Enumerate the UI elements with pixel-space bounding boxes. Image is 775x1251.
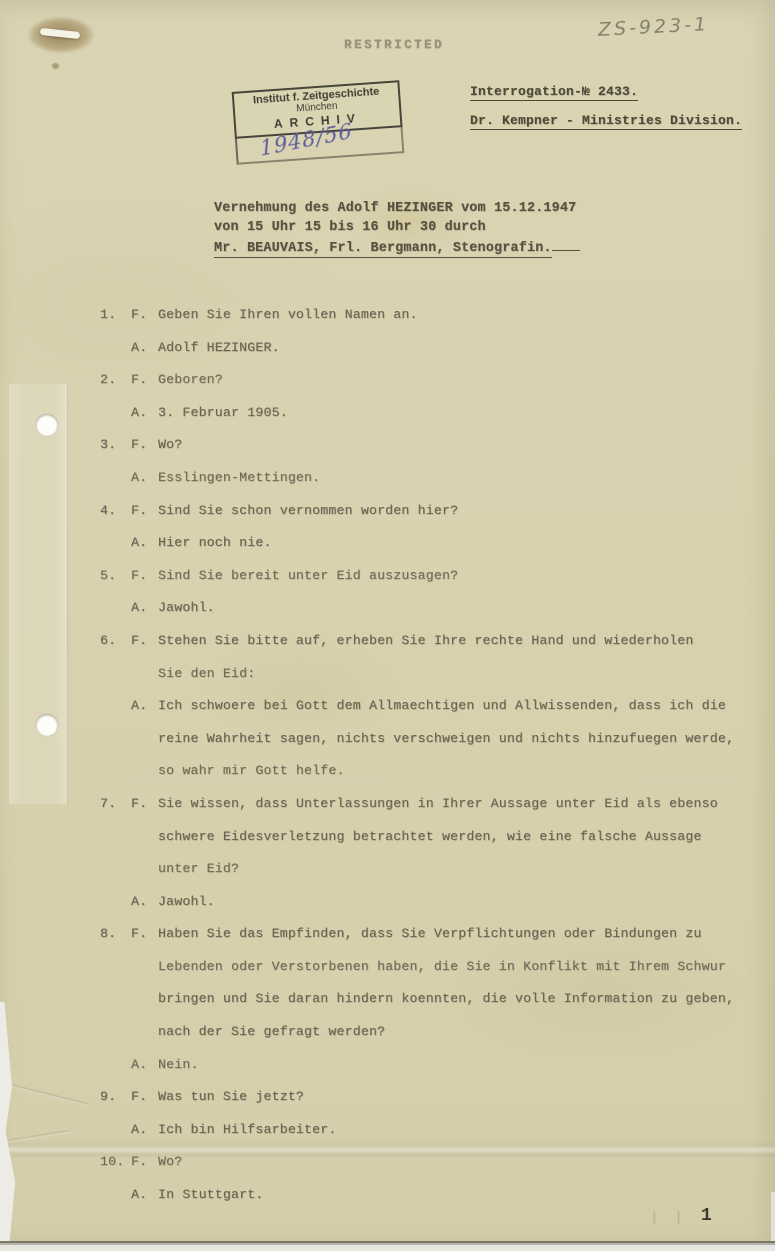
qa-item-number: 3. bbox=[100, 437, 131, 452]
punch-hole-top bbox=[36, 414, 58, 436]
fold-crease bbox=[0, 1140, 775, 1158]
session-title-line-2: von 15 Uhr 15 bis 16 Uhr 30 durch bbox=[214, 218, 580, 237]
qa-line-text: Ich schwoere bei Gott dem Allmaechtigen … bbox=[158, 698, 739, 713]
answer-line: A.3. Februar 1905. bbox=[100, 405, 739, 438]
qa-item-number: 8. bbox=[100, 926, 131, 941]
qa-line-text: schwere Eidesverletzung betrachtet werde… bbox=[158, 829, 739, 844]
repair-tape-strip bbox=[8, 384, 68, 804]
question-line: 3.F.Wo? bbox=[100, 437, 739, 470]
qa-item-number: 1. bbox=[100, 307, 131, 322]
wrinkle-line bbox=[0, 1080, 89, 1104]
answer-line: A.Hier noch nie. bbox=[100, 535, 739, 568]
interrogation-number-heading: Interrogation-№ 2433. bbox=[470, 84, 638, 101]
qa-speaker-label: F. bbox=[131, 372, 158, 387]
qa-speaker-label: A. bbox=[131, 600, 158, 615]
question-line: 5.F.Sind Sie bereit unter Eid auszusagen… bbox=[100, 568, 739, 601]
qa-line-text: Adolf HEZINGER. bbox=[158, 340, 739, 355]
session-title-line-3: Mr. BEAUVAIS, Frl. Bergmann, Stenografin… bbox=[214, 237, 580, 258]
qa-speaker-label: F. bbox=[131, 796, 158, 811]
question-line: Lebenden oder Verstorbenen haben, die Si… bbox=[100, 959, 739, 992]
qa-speaker-label: A. bbox=[131, 470, 158, 485]
qa-speaker-label: F. bbox=[131, 437, 158, 452]
division-heading: Dr. Kempner - Ministries Division. bbox=[470, 113, 742, 130]
answer-line: A.In Stuttgart. bbox=[100, 1187, 739, 1220]
qa-line-text: Ich bin Hilfsarbeiter. bbox=[158, 1122, 739, 1137]
qa-speaker-label: F. bbox=[131, 503, 158, 518]
qa-item-number: 4. bbox=[100, 503, 131, 518]
question-line: 7.F.Sie wissen, dass Unterlassungen in I… bbox=[100, 796, 739, 829]
answer-line: reine Wahrheit sagen, nichts verschweige… bbox=[100, 731, 739, 764]
paper-speck bbox=[52, 63, 59, 69]
qa-speaker-label: A. bbox=[131, 698, 158, 713]
answer-line: so wahr mir Gott helfe. bbox=[100, 763, 739, 796]
session-title-line-1: Vernehmung des Adolf HEZINGER vom 15.12.… bbox=[214, 199, 580, 218]
qa-line-text: Geben Sie Ihren vollen Namen an. bbox=[158, 307, 739, 322]
document-header: Interrogation-№ 2433. Dr. Kempner - Mini… bbox=[470, 84, 742, 142]
faint-page-marks: || bbox=[650, 1210, 699, 1226]
punch-hole-bottom bbox=[36, 714, 58, 736]
qa-item-number: 2. bbox=[100, 372, 131, 387]
question-line: bringen und Sie daran hindern koennten, … bbox=[100, 991, 739, 1024]
qa-line-text: Lebenden oder Verstorbenen haben, die Si… bbox=[158, 959, 739, 974]
torn-left-edge bbox=[0, 1002, 16, 1251]
answer-line: A.Ich schwoere bei Gott dem Allmaechtige… bbox=[100, 698, 739, 731]
question-line: 8.F.Haben Sie das Empfinden, dass Sie Ve… bbox=[100, 926, 739, 959]
qa-line-text: Sind Sie bereit unter Eid auszusagen? bbox=[158, 568, 739, 583]
classification-marking: RESTRICTED bbox=[344, 38, 444, 52]
qa-speaker-label: A. bbox=[131, 1122, 158, 1137]
qa-item-number: 5. bbox=[100, 568, 131, 583]
qa-line-text: bringen und Sie daran hindern koennten, … bbox=[158, 991, 739, 1006]
answer-line: A.Esslingen-Mettingen. bbox=[100, 470, 739, 503]
qa-item-number: 6. bbox=[100, 633, 131, 648]
document-page: RESTRICTED ZS-923-1 Institut f. Zeitgesc… bbox=[0, 0, 775, 1243]
qa-line-text: Sie wissen, dass Unterlassungen in Ihrer… bbox=[158, 796, 739, 811]
qa-speaker-label: A. bbox=[131, 1187, 158, 1202]
underline-extension bbox=[552, 237, 580, 251]
clipped-corner bbox=[0, 0, 30, 64]
session-title-block: Vernehmung des Adolf HEZINGER vom 15.12.… bbox=[214, 199, 580, 258]
question-line: 9.F.Was tun Sie jetzt? bbox=[100, 1089, 739, 1122]
qa-line-text: Was tun Sie jetzt? bbox=[158, 1089, 739, 1104]
question-line: 4.F.Sind Sie schon vernommen worden hier… bbox=[100, 503, 739, 536]
qa-speaker-label: A. bbox=[131, 1057, 158, 1072]
question-line: Sie den Eid: bbox=[100, 666, 739, 699]
qa-item-number: 7. bbox=[100, 796, 131, 811]
qa-speaker-label: A. bbox=[131, 894, 158, 909]
qa-line-text: Wo? bbox=[158, 437, 739, 452]
qa-line-text: so wahr mir Gott helfe. bbox=[158, 763, 739, 778]
qa-line-text: Jawohl. bbox=[158, 600, 739, 615]
qa-speaker-label: A. bbox=[131, 340, 158, 355]
answer-line: A.Jawohl. bbox=[100, 894, 739, 927]
answer-line: A.Nein. bbox=[100, 1057, 739, 1090]
qa-transcript: 1.F.Geben Sie Ihren vollen Namen an.A.Ad… bbox=[100, 307, 739, 1220]
qa-speaker-label: F. bbox=[131, 568, 158, 583]
qa-line-text: Sind Sie schon vernommen worden hier? bbox=[158, 503, 739, 518]
qa-line-text: In Stuttgart. bbox=[158, 1187, 739, 1202]
qa-line-text: Geboren? bbox=[158, 372, 739, 387]
question-line: nach der Sie gefragt werden? bbox=[100, 1024, 739, 1057]
qa-line-text: Hier noch nie. bbox=[158, 535, 739, 550]
qa-line-text: Esslingen-Mettingen. bbox=[158, 470, 739, 485]
page-number: 1 bbox=[701, 1206, 712, 1226]
qa-line-text: Stehen Sie bitte auf, erheben Sie Ihre r… bbox=[158, 633, 739, 648]
answer-line: A.Jawohl. bbox=[100, 600, 739, 633]
qa-line-text: unter Eid? bbox=[158, 861, 739, 876]
qa-line-text: nach der Sie gefragt werden? bbox=[158, 1024, 739, 1039]
qa-speaker-label: F. bbox=[131, 926, 158, 941]
question-line: 2.F.Geboren? bbox=[100, 372, 739, 405]
question-line: unter Eid? bbox=[100, 861, 739, 894]
question-line: schwere Eidesverletzung betrachtet werde… bbox=[100, 829, 739, 862]
question-line: 1.F.Geben Sie Ihren vollen Namen an. bbox=[100, 307, 739, 340]
qa-line-text: Nein. bbox=[158, 1057, 739, 1072]
question-line: 10.F.Wo? bbox=[100, 1154, 739, 1187]
qa-speaker-label: A. bbox=[131, 535, 158, 550]
qa-item-number: 9. bbox=[100, 1089, 131, 1104]
handwritten-archive-ref: ZS-923-1 bbox=[598, 13, 710, 41]
qa-line-text: Sie den Eid: bbox=[158, 666, 739, 681]
qa-speaker-label: A. bbox=[131, 405, 158, 420]
qa-speaker-label: F. bbox=[131, 1089, 158, 1104]
qa-line-text: Haben Sie das Empfinden, dass Sie Verpfl… bbox=[158, 926, 739, 941]
qa-speaker-label: F. bbox=[131, 307, 158, 322]
archive-stamp: Institut f. Zeitgeschichte München ARCHI… bbox=[232, 80, 405, 165]
qa-line-text: reine Wahrheit sagen, nichts verschweige… bbox=[158, 731, 739, 746]
page-bottom-edge bbox=[0, 1241, 775, 1251]
qa-line-text: 3. Februar 1905. bbox=[158, 405, 739, 420]
qa-line-text: Jawohl. bbox=[158, 894, 739, 909]
qa-speaker-label: F. bbox=[131, 633, 158, 648]
question-line: 6.F.Stehen Sie bitte auf, erheben Sie Ih… bbox=[100, 633, 739, 666]
answer-line: A.Adolf HEZINGER. bbox=[100, 340, 739, 373]
